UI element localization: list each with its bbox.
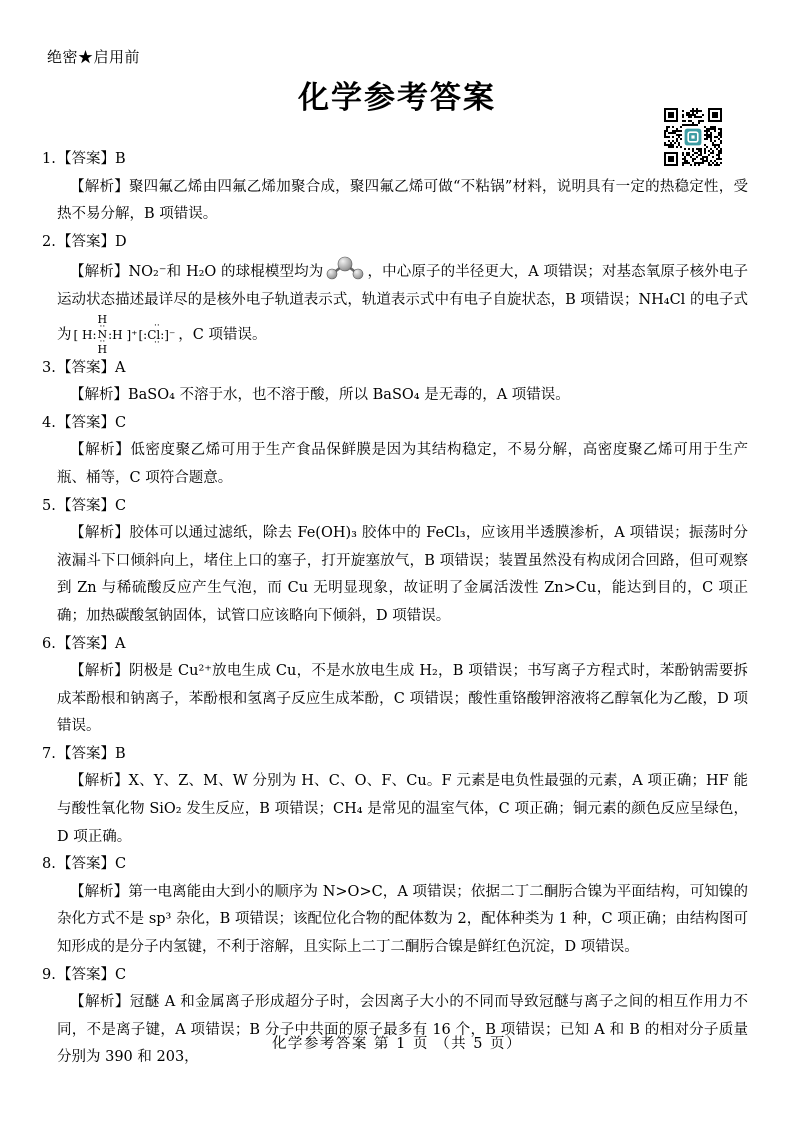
analysis-text: 冠醚 A 和金属离子形成超分子时，会因离子大小的不同而导致冠醚与离子之间的相互作… — [57, 994, 748, 1065]
analysis-text: ，C 项错误。 — [178, 327, 266, 343]
analysis-paragraph: 【解析】第一电离能由大到小的顺序为 N>O>C，A 项错误；依据二丁二酮肟合镍为… — [57, 879, 748, 962]
exam-answer-page: 绝密★启用前 化学参考答案 1.【答案】B 【解析】聚四氟乙烯由四氟乙烯加聚合成… — [0, 0, 794, 1123]
hydrogen-bottom: H — [98, 345, 108, 355]
analysis-paragraph: 【解析】胶体可以通过滤纸，除去 Fe(OH)₃ 胶体中的 FeCl₃，应该用半透… — [57, 520, 748, 630]
answer-line: 8.【答案】C — [57, 851, 748, 879]
answer-value: B — [115, 746, 126, 762]
analysis-text: 聚四氟乙烯由四氟乙烯加聚合成，聚四氟乙烯可做“不粘锅”材料，说明具有一定的热稳定… — [57, 179, 748, 223]
answer-line: 5.【答案】C — [57, 493, 748, 521]
answer-value: D — [115, 234, 127, 250]
answers-list: 1.【答案】B 【解析】聚四氟乙烯由四氟乙烯加聚合成，聚四氟乙烯可做“不粘锅”材… — [57, 146, 748, 1072]
answer-value: C — [115, 498, 126, 514]
answer-label: 【答案】 — [57, 234, 115, 250]
analysis-label: 【解析】 — [70, 387, 128, 403]
analysis-label: 【解析】 — [70, 884, 128, 900]
analysis-text: 第一电离能由大到小的顺序为 N>O>C，A 项错误；依据二丁二酮肟合镍为平面结构… — [57, 884, 748, 955]
answer-label: 【答案】 — [57, 636, 115, 652]
analysis-text: 阴极是 Cu²⁺放电生成 Cu，不是水放电生成 H₂，B 项错误；书写离子方程式… — [57, 663, 748, 734]
answer-item-4: 4.【答案】C 【解析】低密度聚乙烯可用于生产食品保鲜膜是因为其结构稳定，不易分… — [57, 410, 748, 493]
item-number: 5. — [42, 493, 56, 521]
item-number: 6. — [42, 631, 56, 659]
item-number: 8. — [42, 851, 56, 879]
answer-line: 7.【答案】B — [57, 741, 748, 769]
qr-center-logo-icon — [685, 129, 702, 146]
analysis-label: 【解析】 — [70, 994, 130, 1010]
analysis-label: 【解析】 — [70, 663, 129, 679]
answer-label: 【答案】 — [57, 967, 115, 983]
analysis-text: X、Y、Z、M、W 分别为 H、C、O、F、Cu。F 元素是电负性最强的元素，A… — [57, 773, 748, 844]
answer-value: B — [115, 151, 126, 167]
analysis-text: BaSO₄ 不溶于水，也不溶于酸，所以 BaSO₄ 是无毒的，A 项错误。 — [128, 387, 570, 403]
answer-value: C — [115, 415, 126, 431]
answer-line: 6.【答案】A — [57, 631, 748, 659]
answer-item-9: 9.【答案】C 【解析】冠醚 A 和金属离子形成超分子时，会因离子大小的不同而导… — [57, 962, 748, 1072]
analysis-paragraph: 【解析】NO₂⁻和 H₂O 的球棍模型均为，中心原子的半径更大，A 项错误；对基… — [57, 256, 748, 354]
analysis-paragraph: 【解析】低密度聚乙烯可用于生产食品保鲜膜是因为其结构稳定，不易分解，高密度聚乙烯… — [57, 437, 748, 492]
answer-line: 2.【答案】D — [57, 229, 748, 257]
item-number: 9. — [42, 962, 56, 990]
analysis-label: 【解析】 — [70, 773, 129, 789]
analysis-label: 【解析】 — [70, 525, 129, 541]
answer-value: C — [115, 967, 126, 983]
analysis-paragraph: 【解析】X、Y、Z、M、W 分别为 H、C、O、F、Cu。F 元素是电负性最强的… — [57, 768, 748, 851]
answer-item-2: 2.【答案】D 【解析】NO₂⁻和 H₂O 的球棍模型均为，中心原子的半径更大，… — [57, 229, 748, 355]
answer-line: 4.【答案】C — [57, 410, 748, 438]
bent-molecule-ball-stick-icon — [326, 256, 364, 282]
answer-value: A — [115, 360, 125, 376]
security-notice: 绝密★启用前 — [47, 46, 140, 67]
page-footer: 化学参考答案 第 1 页 （共 5 页） — [0, 1032, 794, 1053]
answer-label: 【答案】 — [57, 746, 115, 762]
analysis-paragraph: 【解析】BaSO₄ 不溶于水，也不溶于酸，所以 BaSO₄ 是无毒的，A 项错误… — [57, 382, 748, 410]
analysis-label: 【解析】 — [70, 264, 128, 280]
analysis-paragraph: 【解析】冠醚 A 和金属离子形成超分子时，会因离子大小的不同而导致冠醚与离子之间… — [57, 989, 748, 1072]
answer-line: 1.【答案】B — [57, 146, 748, 174]
analysis-paragraph: 【解析】阴极是 Cu²⁺放电生成 Cu，不是水放电生成 H₂，B 项错误；书写离… — [57, 658, 748, 741]
item-number: 3. — [42, 355, 56, 383]
formula-right: :H ]⁺ — [108, 329, 137, 341]
answer-label: 【答案】 — [57, 856, 115, 872]
item-number: 7. — [42, 741, 56, 769]
formula-left: [ H: — [74, 329, 97, 341]
answer-item-5: 5.【答案】C 【解析】胶体可以通过滤纸，除去 Fe(OH)₃ 胶体中的 FeC… — [57, 493, 748, 631]
answer-line: 9.【答案】C — [57, 962, 748, 990]
analysis-text: 低密度聚乙烯可用于生产食品保鲜膜是因为其结构稳定，不易分解，高密度聚乙烯可用于生… — [57, 442, 748, 486]
answer-item-6: 6.【答案】A 【解析】阴极是 Cu²⁺放电生成 Cu，不是水放电生成 H₂，B… — [57, 631, 748, 741]
analysis-label: 【解析】 — [70, 179, 129, 195]
item-number: 4. — [42, 410, 56, 438]
analysis-text: NO₂⁻和 H₂O 的球棍模型均为 — [128, 264, 323, 280]
answer-label: 【答案】 — [57, 415, 115, 431]
nh4cl-electron-formula: [ H:H··N··H:H ]⁺··[:Cl:]⁻·· — [74, 315, 177, 355]
analysis-label: 【解析】 — [70, 442, 130, 458]
answer-item-1: 1.【答案】B 【解析】聚四氟乙烯由四氟乙烯加聚合成，聚四氟乙烯可做“不粘锅”材… — [57, 146, 748, 229]
answer-label: 【答案】 — [57, 360, 115, 376]
answer-value: C — [115, 856, 126, 872]
answer-label: 【答案】 — [57, 151, 115, 167]
analysis-text: 胶体可以通过滤纸，除去 Fe(OH)₃ 胶体中的 FeCl₃，应该用半透膜渗析，… — [57, 525, 748, 624]
analysis-paragraph: 【解析】聚四氟乙烯由四氟乙烯加聚合成，聚四氟乙烯可做“不粘锅”材料，说明具有一定… — [57, 174, 748, 229]
lone-pair-dots: ·· — [154, 341, 160, 346]
chloride-column: ··[:Cl:]⁻·· — [138, 324, 175, 346]
item-number: 1. — [42, 146, 56, 174]
item-number: 2. — [42, 229, 56, 257]
answer-label: 【答案】 — [57, 498, 115, 514]
nitrogen-column: H··N··H — [98, 315, 108, 355]
answer-item-8: 8.【答案】C 【解析】第一电离能由大到小的顺序为 N>O>C，A 项错误；依据… — [57, 851, 748, 961]
answer-item-3: 3.【答案】A 【解析】BaSO₄ 不溶于水，也不溶于酸，所以 BaSO₄ 是无… — [57, 355, 748, 410]
answer-item-7: 7.【答案】B 【解析】X、Y、Z、M、W 分别为 H、C、O、F、Cu。F 元… — [57, 741, 748, 851]
answer-line: 3.【答案】A — [57, 355, 748, 383]
answer-value: A — [115, 636, 125, 652]
